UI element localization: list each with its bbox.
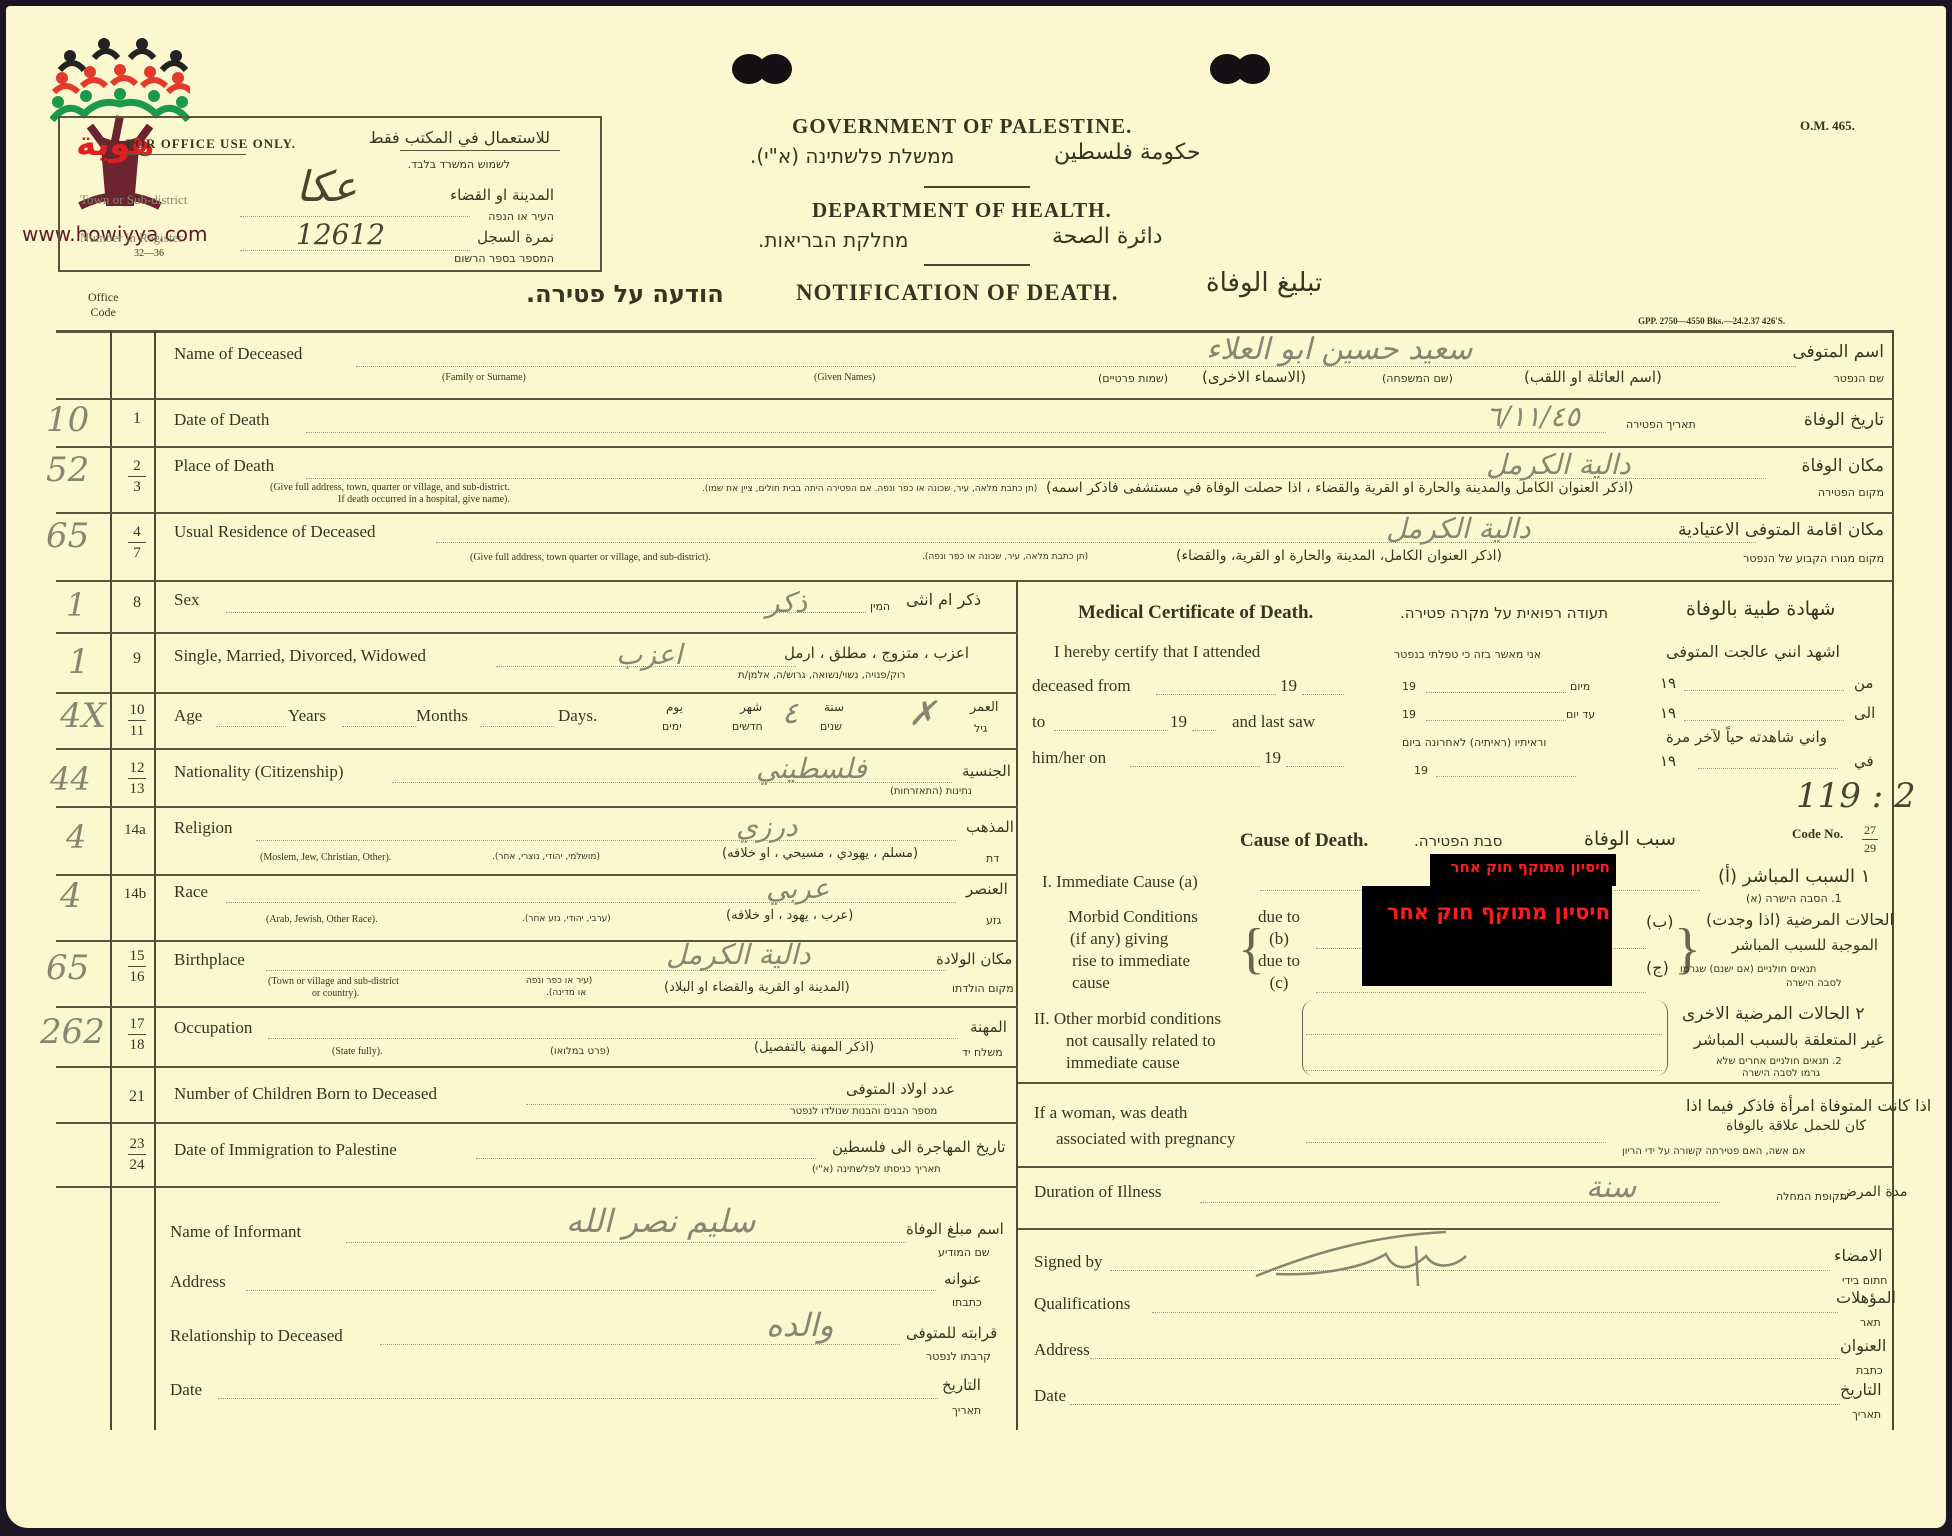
informant-address-label: Address — [170, 1272, 226, 1292]
register-number: 12612 — [296, 218, 385, 251]
informant-relationship-label: Relationship to Deceased — [170, 1326, 343, 1346]
race-label: Race — [174, 882, 208, 902]
register-label-he: המספר בספר הרשום — [454, 252, 554, 265]
name-of-deceased-label: Name of Deceased — [174, 344, 302, 364]
immigration-date-label: Date of Immigration to Palestine — [174, 1140, 397, 1160]
medical-section-divider — [1016, 580, 1018, 1430]
marital-status-value[interactable]: اعزب — [616, 638, 682, 671]
office-code-label: Office Code — [88, 290, 118, 320]
code-no-label: Code No. — [1792, 826, 1843, 842]
death-notification-form: هوية www.howiyya.com FOR OFFICE USE ONLY… — [6, 6, 1946, 1528]
age-months-value[interactable]: ٤ — [782, 696, 798, 731]
code-date-of-death: 10 — [46, 400, 89, 440]
informant-name-label: Name of Informant — [170, 1222, 301, 1242]
gov-title-en: GOVERNMENT OF PALESTINE. — [792, 114, 1132, 139]
print-reference: GPP. 2750—4550 Bks.—24.2.37 426'S. — [1638, 316, 1785, 326]
cause-of-death-title: Cause of Death. — [1240, 830, 1368, 852]
age-label: Age — [174, 706, 202, 726]
doctor-signature — [1246, 1226, 1476, 1296]
form-number: O.M. 465. — [1800, 118, 1855, 134]
place-of-death-label: Place of Death — [174, 456, 274, 476]
children-count-label: Number of Children Born to Deceased — [174, 1084, 437, 1104]
town-label-he: העיר או הנפה — [488, 210, 554, 223]
medical-certificate-title: Medical Certificate of Death. — [1078, 602, 1313, 624]
code-no-value: 2729 — [1858, 822, 1882, 857]
usual-residence-value[interactable]: دالية الكرمل — [1386, 512, 1531, 545]
town-value: عكا — [296, 162, 357, 211]
dept-title-he: מחלקת הבריאות. — [758, 228, 908, 252]
place-of-death-value[interactable]: دالية الكرمل — [1486, 448, 1631, 481]
number-column-divider — [154, 330, 156, 1430]
doctor-date-label: Date — [1034, 1386, 1066, 1406]
informant-date-label: Date — [170, 1380, 202, 1400]
informant-name-value[interactable]: سليم نصر الله — [566, 1202, 755, 1240]
dept-title-ar: دائرة الصحة — [1052, 224, 1163, 249]
register-sub: 32—36 — [134, 248, 164, 259]
code-column-divider — [110, 330, 112, 1430]
sex-value[interactable]: ذكر — [766, 586, 807, 619]
marital-status-label: Single, Married, Divorced, Widowed — [174, 646, 426, 666]
register-label: Number in Register — [80, 230, 183, 246]
signed-by-label: Signed by — [1034, 1252, 1102, 1272]
other-morbid-bracket — [1302, 1000, 1668, 1076]
redaction-box: חיסיון מתוקף חוק אחר — [1430, 854, 1616, 886]
immediate-cause-label: I. Immediate Cause (a) — [1042, 872, 1198, 892]
code-usual-residence: 65 — [46, 516, 89, 556]
redaction-box: חיסיון מתוקף חוק אחר — [1362, 886, 1612, 986]
date-of-death-value[interactable]: ٦/١١/٤٥ — [1486, 400, 1580, 433]
informant-relationship-value[interactable]: والده — [766, 1306, 834, 1344]
nationality-value[interactable]: فلسطيني — [756, 752, 867, 785]
other-morbid-label: II. Other morbid conditions not causally… — [1034, 1008, 1221, 1074]
race-value[interactable]: عربي — [766, 872, 829, 905]
illness-duration-value[interactable]: سنة — [1586, 1170, 1636, 1205]
register-label-ar: نمرة السجل — [477, 228, 554, 246]
table-top-border — [56, 330, 1894, 333]
office-use-box: FOR OFFICE USE ONLY. للاستعمال في المكتب… — [58, 116, 602, 272]
medical-hand-code: 119 : 2 — [1796, 776, 1916, 816]
office-use-title-he: לשמוש המשרד בלבד. — [408, 158, 510, 171]
office-use-title-ar: للاستعمال في المكتب فقط — [369, 128, 550, 147]
town-label: Town or Sub-district — [80, 192, 187, 208]
b-marker: (ب) — [1646, 912, 1674, 931]
cause-of-death-title-ar: سبب الوفاة — [1584, 828, 1676, 850]
pregnancy-label: If a woman, was death associated with pr… — [1034, 1100, 1235, 1152]
date-of-death-label: Date of Death — [174, 410, 269, 430]
religion-value[interactable]: درزي — [736, 810, 797, 843]
code-place-of-death: 52 — [46, 450, 89, 490]
birthplace-label: Birthplace — [174, 950, 245, 970]
doctor-address-label: Address — [1034, 1340, 1090, 1360]
right-border — [1892, 330, 1894, 1430]
medical-certificate-title-ar: شهادة طبية بالوفاة — [1686, 598, 1835, 620]
usual-residence-label: Usual Residence of Deceased — [174, 522, 376, 542]
illness-duration-label: Duration of Illness — [1034, 1182, 1161, 1202]
nationality-label: Nationality (Citizenship) — [174, 762, 344, 782]
form-title-en: NOTIFICATION OF DEATH. — [796, 280, 1119, 306]
brace-right-icon: } — [1674, 904, 1701, 994]
punch-hole — [758, 54, 792, 84]
punch-hole — [1236, 54, 1270, 84]
office-use-title: FOR OFFICE USE ONLY. — [126, 136, 296, 152]
town-label-ar: المدينة او القضاء — [450, 186, 554, 204]
form-title-he: הודעה על פטירה. — [526, 280, 724, 308]
morbid-conditions-label: Morbid Conditions (if any) giving rise t… — [1068, 906, 1198, 994]
age-years-strike: ✗ — [908, 694, 937, 734]
birthplace-value[interactable]: دالية الكرمل — [666, 938, 811, 971]
sex-label: Sex — [174, 590, 200, 610]
gov-title-he: ממשלת פלשתינה (א"י). — [750, 144, 954, 168]
medical-certificate-title-he: תעודה רפואית על מקרה פטירה. — [1400, 604, 1608, 622]
occupation-label: Occupation — [174, 1018, 252, 1038]
c-marker: (ج) — [1646, 958, 1669, 977]
religion-label: Religion — [174, 818, 233, 838]
form-title-ar: تبليغ الوفاة — [1206, 268, 1322, 298]
name-of-deceased-value[interactable]: سعيد حسين ابو العلاء — [1206, 332, 1472, 367]
gov-title-ar: حكومة فلسطين — [1054, 140, 1201, 165]
qualifications-label: Qualifications — [1034, 1294, 1130, 1314]
cause-of-death-title-he: סבת הפטירה. — [1414, 832, 1502, 850]
dept-title-en: DEPARTMENT OF HEALTH. — [812, 198, 1112, 223]
